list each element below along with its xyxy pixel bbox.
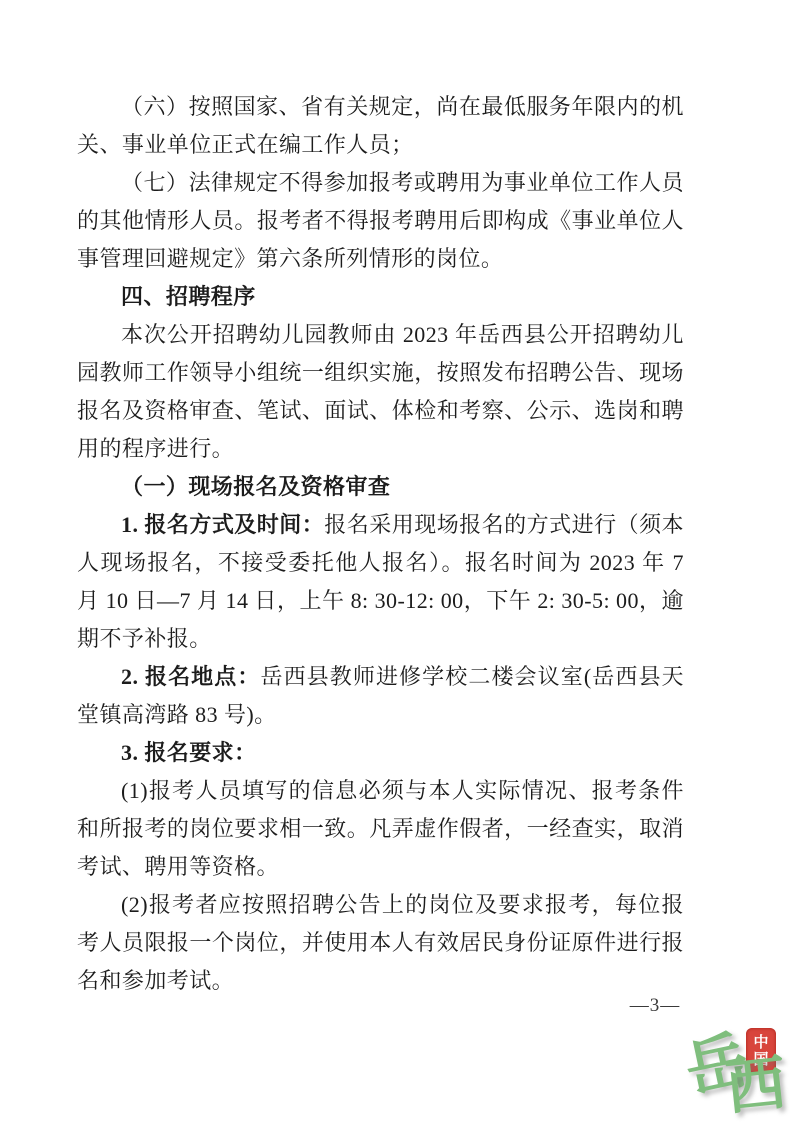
item1-registration-method-paragraph: 1. 报名方式及时间：报名采用现场报名的方式进行（须本人现场报名，不接受委托他人… xyxy=(77,506,684,658)
item2-label: 2. 报名地点： xyxy=(121,664,260,689)
item2-registration-location-paragraph: 2. 报名地点：岳西县教师进修学校二楼会议室(岳西县天堂镇高湾路 83 号)。 xyxy=(77,658,684,734)
document-page: （六）按照国家、省有关规定，尚在最低服务年限内的机关、事业单位正式在编工作人员；… xyxy=(0,0,793,1122)
seal-char-zhong: 中 xyxy=(753,1034,768,1051)
requirement2-paragraph: (2)报考者应按照招聘公告上的岗位及要求报考，每位报考人员限报一个岗位，并使用本… xyxy=(77,886,684,1000)
yuexi-calligraphy-char-xi: 西 xyxy=(723,1053,789,1119)
item3-label: 3. 报名要求： xyxy=(121,740,257,765)
section-heading-recruitment-procedure: 四、招聘程序 xyxy=(77,278,684,316)
clause-seven-paragraph: （七）法律规定不得参加报考或聘用为事业单位工作人员的其他情形人员。报考者不得报考… xyxy=(77,164,684,278)
clause-six-paragraph: （六）按照国家、省有关规定，尚在最低服务年限内的机关、事业单位正式在编工作人员； xyxy=(77,88,684,164)
document-body: （六）按照国家、省有关规定，尚在最低服务年限内的机关、事业单位正式在编工作人员；… xyxy=(77,88,684,1000)
page-number: —3— xyxy=(625,995,685,1017)
item3-registration-requirements-paragraph: 3. 报名要求： xyxy=(77,734,684,772)
item1-label: 1. 报名方式及时间： xyxy=(121,512,324,537)
section-intro-paragraph: 本次公开招聘幼儿园教师由 2023 年岳西县公开招聘幼儿园教师工作领导小组统一组… xyxy=(77,316,684,468)
requirement1-paragraph: (1)报考人员填写的信息必须与本人实际情况、报考条件和所报考的岗位要求相一致。凡… xyxy=(77,772,684,886)
subsection-heading-onsite-registration: （一）现场报名及资格审查 xyxy=(77,468,684,506)
yuexi-watermark-logo: 岳 西 中国 xyxy=(670,1020,793,1122)
